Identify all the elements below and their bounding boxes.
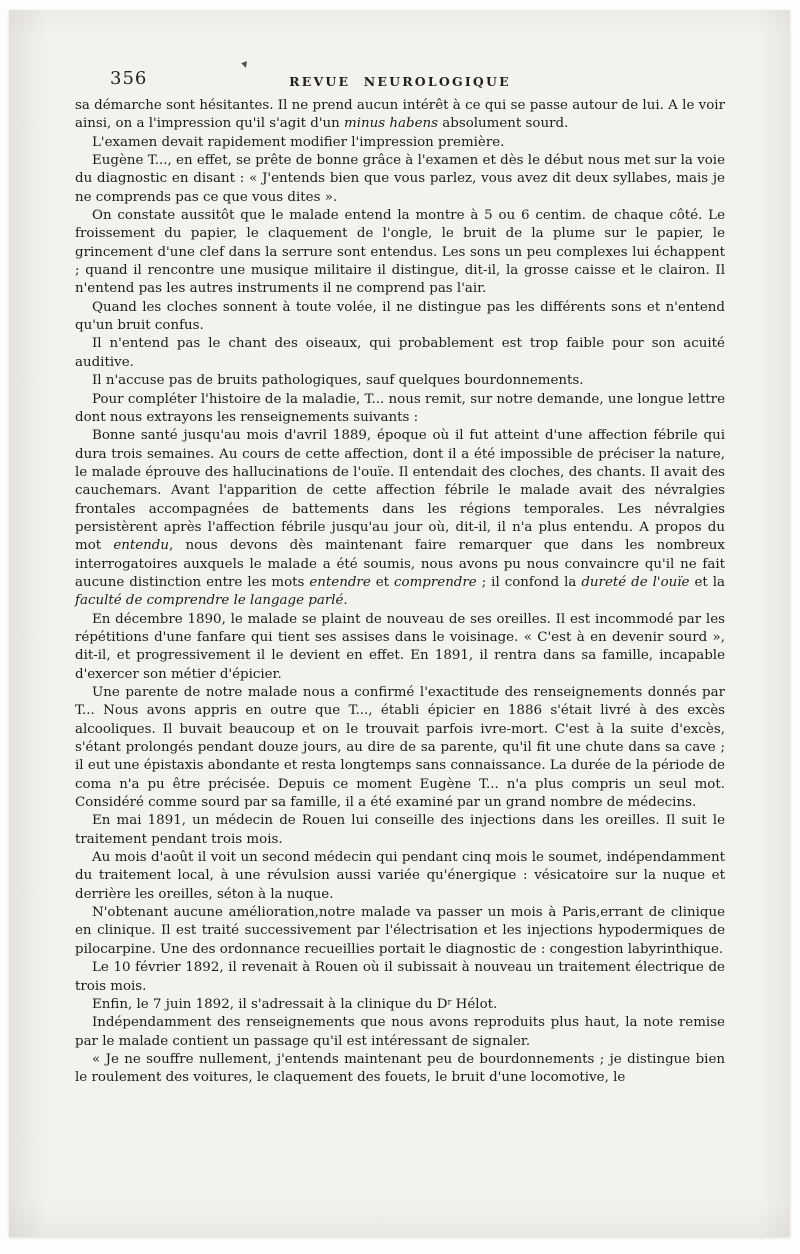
paragraph: En décembre 1890, le malade se plaint de… bbox=[75, 611, 725, 684]
text-run: N'obtenant aucune amélioration,notre mal… bbox=[75, 905, 725, 957]
paragraph: Bonne santé jusqu'au mois d'avril 1889, … bbox=[75, 427, 725, 610]
italic-text: comprendre bbox=[394, 575, 477, 590]
paragraph: Eugène T..., en effet, se prête de bonne… bbox=[75, 152, 725, 207]
article-body: sa démarche sont hésitantes. Il ne prend… bbox=[75, 97, 725, 1088]
text-run: Une parente de notre malade nous a confi… bbox=[75, 685, 725, 810]
italic-text: minus habens bbox=[344, 116, 438, 131]
text-run: . bbox=[343, 593, 347, 608]
text-run: et la bbox=[689, 575, 725, 590]
text-run: En décembre 1890, le malade se plaint de… bbox=[75, 612, 725, 682]
paragraph: En mai 1891, un médecin de Rouen lui con… bbox=[75, 812, 725, 849]
journal-title: REVUE NEUROLOGIQUE bbox=[75, 74, 725, 89]
paragraph: Une parente de notre malade nous a confi… bbox=[75, 684, 725, 812]
paragraph: N'obtenant aucune amélioration,notre mal… bbox=[75, 904, 725, 959]
italic-text: entendre bbox=[309, 575, 370, 590]
italic-text: entendu bbox=[113, 538, 169, 553]
italic-text: faculté de comprendre le langage parlé bbox=[75, 593, 343, 608]
paragraph: « Je ne souffre nullement, j'entends mai… bbox=[75, 1051, 725, 1088]
text-run: Enfin, le 7 juin 1892, il s'adressait à … bbox=[92, 997, 447, 1012]
paragraph: Enfin, le 7 juin 1892, il s'adressait à … bbox=[75, 996, 725, 1014]
text-run: Quand les cloches sonnent à toute volée,… bbox=[75, 300, 725, 333]
text-run: Il n'entend pas le chant des oiseaux, qu… bbox=[75, 336, 725, 369]
text-run: Indépendamment des renseignements que no… bbox=[75, 1015, 725, 1048]
paragraph: Quand les cloches sonnent à toute volée,… bbox=[75, 299, 725, 336]
paragraph: L'examen devait rapidement modifier l'im… bbox=[75, 134, 725, 152]
text-run: Le 10 février 1892, il revenait à Rouen … bbox=[75, 960, 725, 993]
paragraph: Il n'entend pas le chant des oiseaux, qu… bbox=[75, 335, 725, 372]
paragraph: Au mois d'août il voit un second médecin… bbox=[75, 849, 725, 904]
text-run: Eugène T..., en effet, se prête de bonne… bbox=[75, 153, 725, 205]
text-run: ; il confond la bbox=[477, 575, 582, 590]
text-run: L'examen devait rapidement modifier l'im… bbox=[92, 135, 504, 150]
text-run: Bonne santé jusqu'au mois d'avril 1889, … bbox=[75, 428, 725, 553]
paragraph: Indépendamment des renseignements que no… bbox=[75, 1014, 725, 1051]
text-run: Il n'accuse pas de bruits pathologiques,… bbox=[92, 373, 584, 388]
paragraph: Le 10 février 1892, il revenait à Rouen … bbox=[75, 959, 725, 996]
text-run: Pour compléter l'histoire de la maladie,… bbox=[75, 392, 725, 425]
italic-text: dureté de l'ouïe bbox=[581, 575, 689, 590]
text-run: On constate aussitôt que le malade enten… bbox=[75, 208, 725, 296]
paragraph: On constate aussitôt que le malade enten… bbox=[75, 207, 725, 299]
text-run: « Je ne souffre nullement, j'entends mai… bbox=[75, 1052, 725, 1085]
text-run: et bbox=[371, 575, 394, 590]
text-run: absolument sourd. bbox=[438, 116, 568, 131]
ink-speck-icon bbox=[241, 61, 249, 69]
text-run: Hélot. bbox=[451, 997, 497, 1012]
text-run: Au mois d'août il voit un second médecin… bbox=[75, 850, 725, 902]
paragraph: sa démarche sont hésitantes. Il ne prend… bbox=[75, 97, 725, 134]
text-run: En mai 1891, un médecin de Rouen lui con… bbox=[75, 813, 725, 846]
scanned-page: 356 REVUE NEUROLOGIQUE sa démarche sont … bbox=[9, 10, 790, 1237]
paragraph: Il n'accuse pas de bruits pathologiques,… bbox=[75, 372, 725, 390]
paragraph: Pour compléter l'histoire de la maladie,… bbox=[75, 391, 725, 428]
